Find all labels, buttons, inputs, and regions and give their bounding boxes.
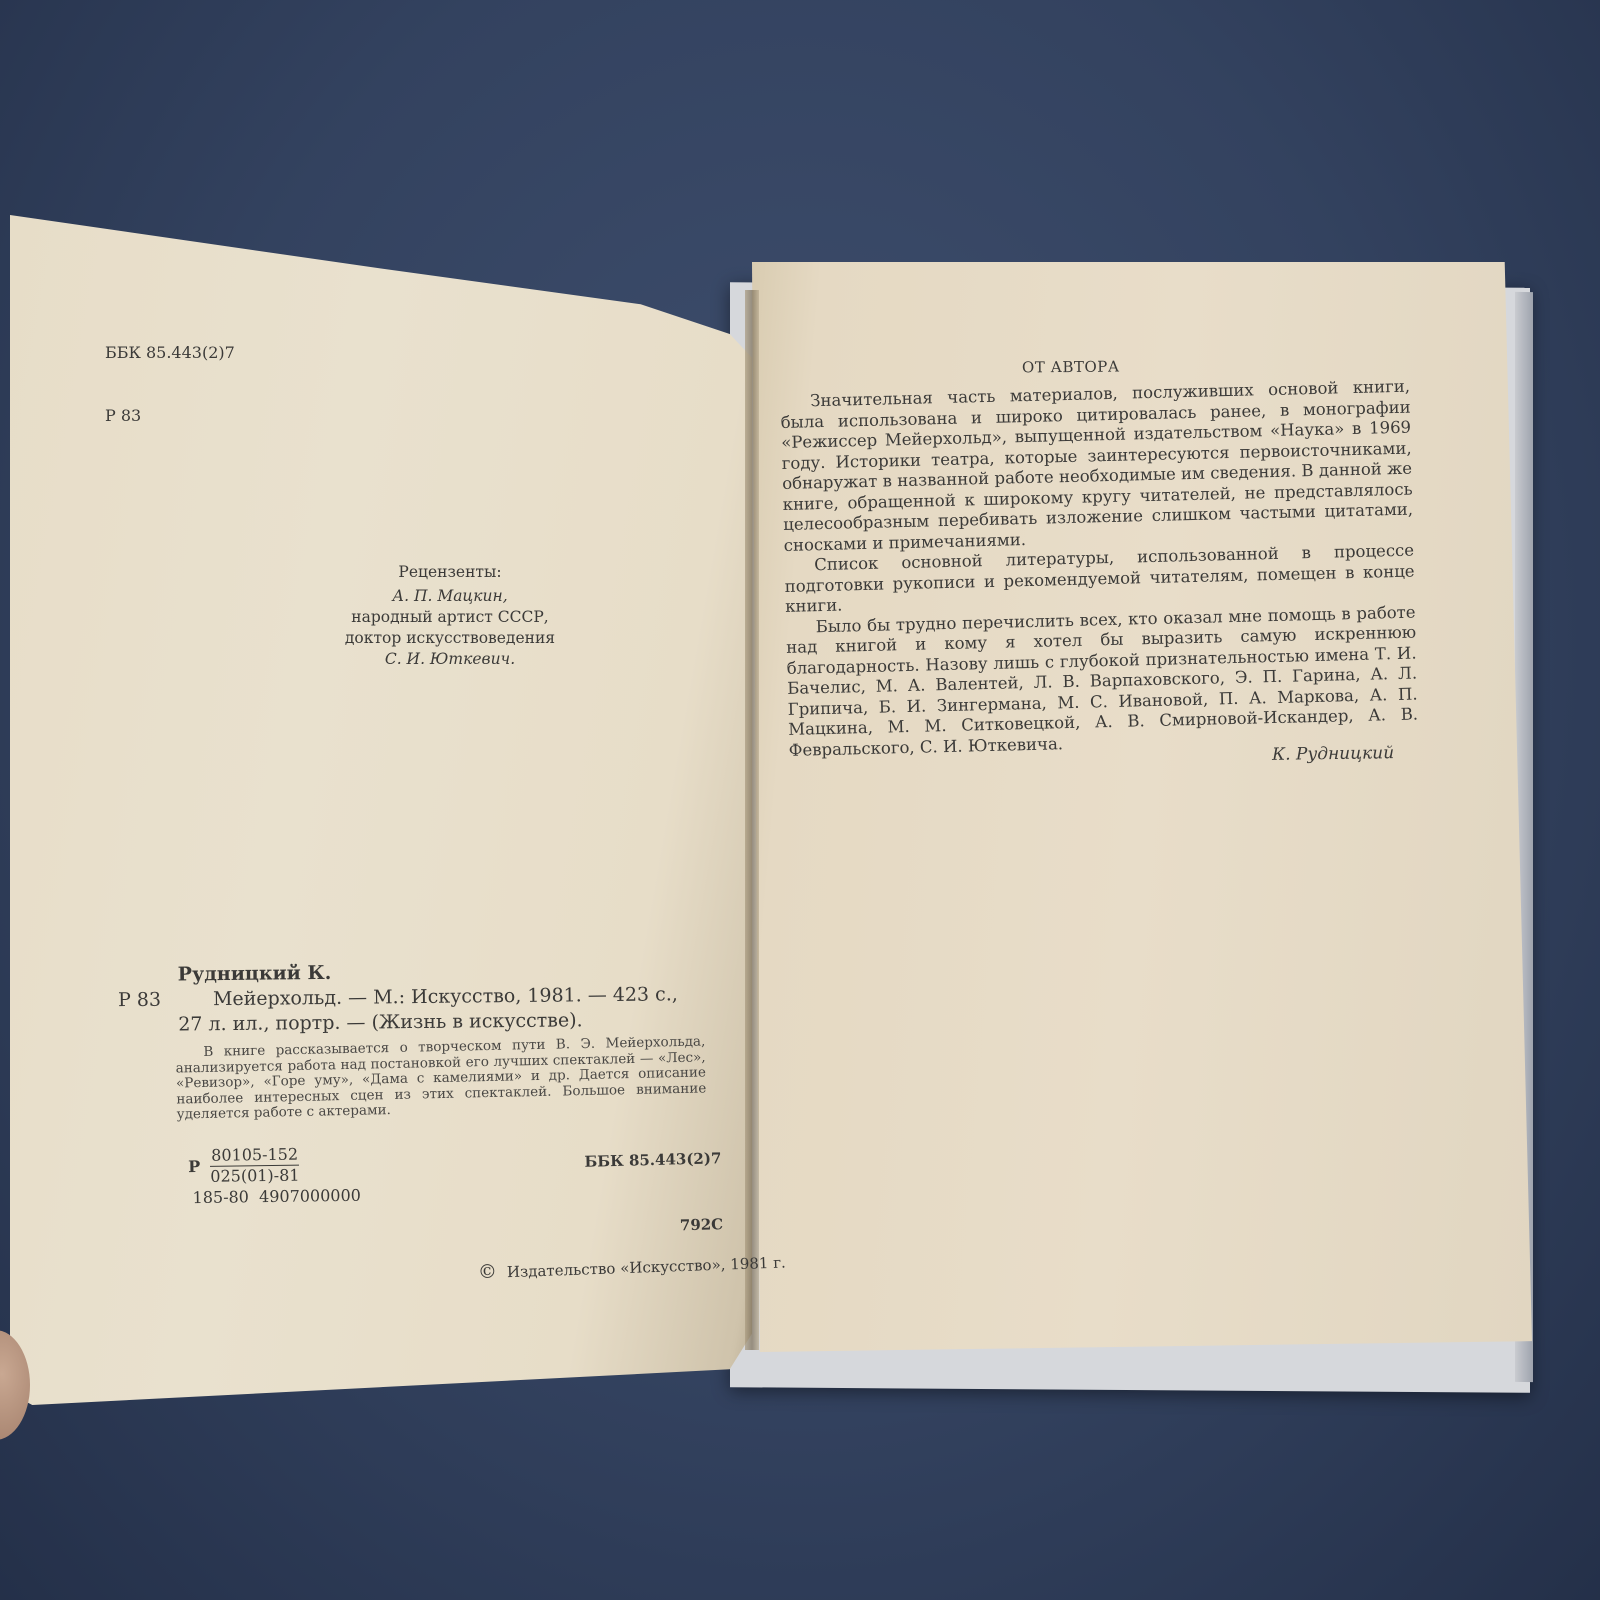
index-rest: 185-80 4907000000 [192, 1185, 361, 1206]
reviewer-line: народный артист СССР, [330, 607, 570, 628]
reviewer-line: С. И. Юткевич. [330, 649, 570, 670]
index-numerator: 80105-152 [210, 1145, 299, 1167]
record-code: Р 83 [118, 988, 161, 1013]
reviewer-line: А. П. Мацкин, [330, 586, 570, 607]
index-denominator: 025(01)-81 [210, 1166, 299, 1186]
index-block: Р80105-152025(01)-81 185-80 4907000000 [177, 1124, 361, 1208]
index-fraction: 80105-152025(01)-81 [210, 1145, 300, 1187]
reviewers-heading: Рецензенты: [330, 562, 570, 583]
classification-block: ББК 85.443(2)7 Р 83 [105, 300, 235, 447]
author-signature: К. Рудницкий [1272, 743, 1394, 765]
book-gutter [745, 290, 759, 1350]
section-title: ОТ АВТОРА [1022, 358, 1120, 377]
reviewer-line: доктор искусствоведения [330, 628, 570, 649]
preface-body: Значительная часть материалов, послуживш… [780, 377, 1419, 761]
bbk-bottom-code: ББК 85.443(2)7 [584, 1147, 722, 1173]
preface-paragraph: Значительная часть материалов, послуживш… [780, 377, 1414, 556]
copyright-icon: © [478, 1261, 498, 1284]
author-code: Р 83 [105, 405, 235, 426]
bbk-code: ББК 85.443(2)7 [105, 342, 235, 363]
preface-paragraph: Было бы трудно перечислить всех, кто ока… [786, 602, 1419, 761]
index-letter: Р [188, 1156, 200, 1175]
bibliographic-record: Рудницкий К. Р 83 Мейерхольд. — М.: Иску… [118, 957, 719, 1038]
reviewers-block: Рецензенты: А. П. Мацкин, народный артис… [330, 562, 570, 670]
